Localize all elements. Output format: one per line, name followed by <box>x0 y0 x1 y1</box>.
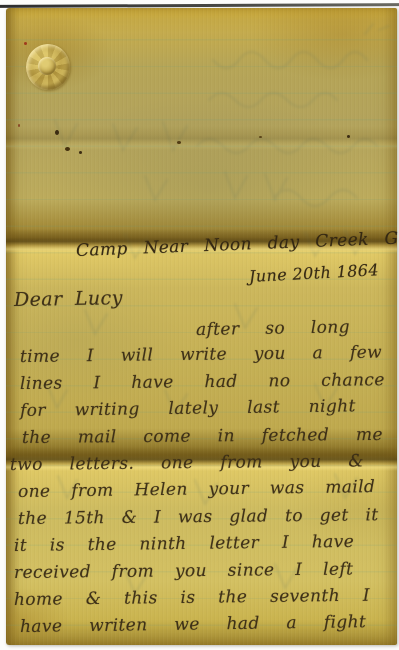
letter-line: lines I have had no chance <box>20 370 385 394</box>
letter-scan: Camp Near Noon day Creek Ga June 20th 18… <box>0 0 399 650</box>
letter-salutation: Dear Lucy <box>14 287 123 311</box>
letter-line: two letters. one from you & <box>10 451 364 475</box>
letter-line: it is the ninth letter I have <box>14 532 354 556</box>
letter-line: after so long <box>196 317 350 340</box>
ink-speck <box>177 141 181 144</box>
ink-speck <box>79 151 82 154</box>
letter-line: the mail come in fetched me <box>22 425 383 448</box>
ink-speck <box>259 136 262 138</box>
ink-speck <box>347 135 350 138</box>
letter-line: the 15th & I was glad to get it <box>18 505 379 529</box>
seal-center <box>38 57 56 75</box>
stain-speck <box>24 42 27 45</box>
letter-line: received from you since I left <box>14 559 354 583</box>
embossed-rosette-seal-icon <box>26 44 70 90</box>
stain-speck <box>18 124 20 127</box>
fold-crease-faint <box>6 126 397 150</box>
letter-paper: Camp Near Noon day Creek Ga June 20th 18… <box>6 8 397 645</box>
ink-speck <box>65 147 70 151</box>
ink-speck <box>55 130 59 135</box>
